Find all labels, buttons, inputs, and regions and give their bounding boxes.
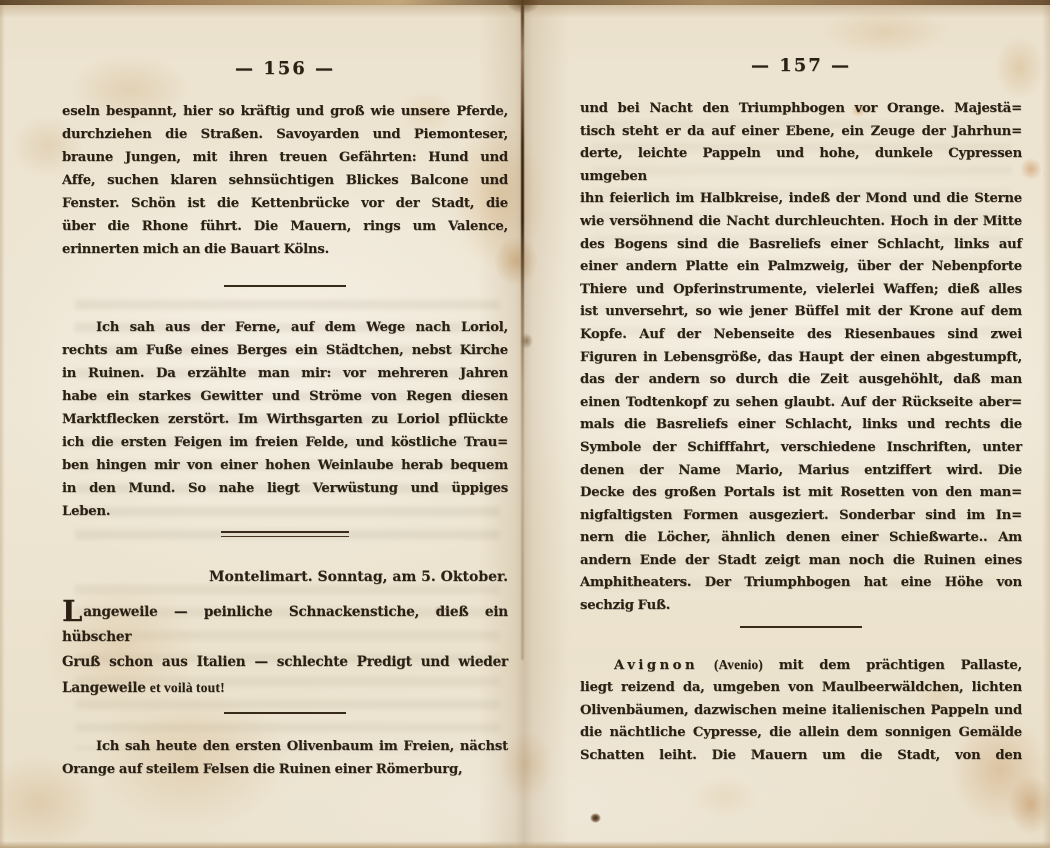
text-line: ben hingen mir von einer hohen Weinlaube…: [62, 454, 508, 477]
text-segment: Amphitheaters. Der Triumphbogen hat eine…: [580, 575, 1022, 590]
text-line: in den Mund. So nahe liegt Verwüstung un…: [62, 477, 508, 500]
text-line: mals die Basreliefs einer Schlacht, link…: [580, 414, 1022, 437]
text-line: Affe, suchen klaren sehnsüchtigen Blicke…: [62, 169, 508, 192]
page-edge-top-fade: [0, 4, 1050, 18]
text-line: ist unversehrt, so wie jener Büffel mit …: [580, 301, 1022, 324]
text-segment: Schatten leiht. Die Mauern um die Stadt,…: [580, 748, 1022, 763]
dateline: Montelimart. Sonntag, am 5. Oktober.: [62, 566, 508, 589]
text-line: Thiere und Opferinstrumente, vielerlei W…: [580, 279, 1022, 302]
text-line: einen Todtenkopf zu sehen glaubt. Auf de…: [580, 392, 1022, 415]
text-line: Gruß schon aus Italien — schlechte Predi…: [62, 650, 508, 675]
text-line: ihn feierlich im Halbkreise, indeß der M…: [580, 188, 1022, 211]
text-segment: nigfaltigsten Formen ausgeziert. Sonderb…: [580, 508, 1022, 523]
page-edge-bottom: [0, 841, 1050, 848]
text-line: einer andern Platte ein Palmzweig, über …: [580, 256, 1022, 279]
text-segment: angeweile — peinliche Schnackenstiche, d…: [62, 604, 508, 645]
text-segment: braune Jungen, mit ihren treuen Gefährte…: [62, 150, 508, 165]
page-edge-top: [0, 0, 1050, 5]
text-line: Figuren in Lebensgröße, das Haupt der ei…: [580, 347, 1022, 370]
text-line: Fenster. Schön ist die Kettenbrücke vor …: [62, 192, 508, 215]
text-segment: Gruß schon aus Italien — schlechte Predi…: [62, 654, 508, 670]
text-line: des Bogens sind die Basreliefs einer Sch…: [580, 234, 1022, 257]
text-segment: einen Todtenkopf zu sehen glaubt. Auf de…: [580, 395, 1022, 410]
text-segment: Thiere und Opferinstrumente, vielerlei W…: [580, 282, 1022, 297]
text-segment: und bei Nacht den Triumphbogen vor Orang…: [580, 101, 1022, 116]
text-line: Kopfe. Auf der Nebenseite des Riesenbaue…: [580, 324, 1022, 347]
text-line: braune Jungen, mit ihren treuen Gefährte…: [62, 146, 508, 169]
text-line: Ich sah heute den ersten Olivenbaum im F…: [62, 735, 508, 758]
text-line: Langeweile — peinliche Schnackenstiche, …: [62, 600, 508, 650]
text-segment: Figuren in Lebensgröße, das Haupt der ei…: [580, 350, 1022, 365]
text-segment: ich die ersten Feigen im freien Felde, u…: [62, 435, 508, 450]
text-line: derte, leichte Pappeln und hohe, dunkele…: [580, 143, 1022, 188]
paragraph: Ich sah heute den ersten Olivenbaum im F…: [62, 735, 508, 781]
text-line: liegt reizend da, umgeben von Maulbeerwä…: [580, 677, 1022, 700]
text-segment: [698, 658, 714, 673]
stain-dot: [1020, 158, 1042, 180]
text-segment: denen der Name Mario, Marius entziffert …: [580, 463, 1022, 478]
text-segment: eseln bespannt, hier so kräftig und groß…: [62, 104, 508, 119]
text-segment: Marktflecken zerstört. Im Wirthsgarten z…: [62, 412, 508, 427]
text-line: sechzig Fuß.: [580, 595, 1022, 618]
text-line: habe ein starkes Gewitter und Ströme von…: [62, 385, 508, 408]
text-line: ich die ersten Feigen im freien Felde, u…: [62, 431, 508, 454]
text-line: Olivenbäumen, dazwischen meine italienis…: [580, 700, 1022, 723]
text-segment: andern Ende der Stadt zeigt man noch die…: [580, 553, 1022, 568]
text-line: Marktflecken zerstört. Im Wirthsgarten z…: [62, 408, 508, 431]
text-segment: erinnerten mich an die Bauart Kölns.: [62, 242, 329, 257]
text-line: nigfaltigsten Formen ausgeziert. Sonderb…: [580, 505, 1022, 528]
paragraph: und bei Nacht den Triumphbogen vor Orang…: [580, 98, 1022, 618]
text-segment: in den Mund. So nahe liegt Verwüstung un…: [62, 481, 508, 496]
text-segment: Decke des großen Portals ist mit Rosette…: [580, 485, 1022, 500]
text-segment: Fenster. Schön ist die Kettenbrücke vor …: [62, 196, 508, 211]
text-segment: des Bogens sind die Basreliefs einer Sch…: [580, 237, 1022, 252]
text-line: Decke des großen Portals ist mit Rosette…: [580, 482, 1022, 505]
text-line: denen der Name Mario, Marius entziffert …: [580, 460, 1022, 483]
book-gutter-line: [521, 0, 524, 660]
text-segment: das der andern so durch die Zeit ausgehö…: [580, 372, 1022, 387]
text-segment: durchziehen die Straßen. Savoyarden und …: [62, 127, 508, 142]
text-line: Amphitheaters. Der Triumphbogen hat eine…: [580, 572, 1022, 595]
text-segment: Ich sah heute den ersten Olivenbaum im F…: [96, 739, 508, 754]
text-segment: Kopfe. Auf der Nebenseite des Riesenbaue…: [580, 327, 1022, 342]
text-line: Avignon (Avenio) mit dem prächtigen Pall…: [580, 654, 1022, 678]
text-segment: mals die Basreliefs einer Schlacht, link…: [580, 417, 1022, 432]
text-line: erinnerten mich an die Bauart Kölns.: [62, 238, 508, 261]
text-line: die nächtliche Cypresse, die allein dem …: [580, 722, 1022, 745]
text-line: Langeweile et voilà tout!: [62, 675, 508, 701]
text-line: rechts am Fuße eines Berges ein Städtche…: [62, 339, 508, 362]
section-divider-single: [740, 626, 862, 628]
page-156: — 156 —eseln bespannt, hier so kräftig u…: [62, 0, 508, 781]
text-line: über die Rhone führt. Die Mauern, rings …: [62, 215, 508, 238]
page-number-157: — 157 —: [580, 52, 1022, 79]
text-line: das der andern so durch die Zeit ausgehö…: [580, 369, 1022, 392]
page-157: — 157 —und bei Nacht den Triumphbogen vo…: [580, 0, 1022, 768]
text-segment: die nächtliche Cypresse, die allein dem …: [580, 725, 1022, 740]
text-segment: Ich sah aus der Ferne, auf dem Wege nach…: [96, 320, 508, 335]
text-line: Leben.: [62, 500, 508, 523]
text-segment: wie versöhnend die Nacht durchleuchten. …: [580, 214, 1022, 229]
emphasis-antiqua: et voilà tout!: [150, 680, 225, 695]
section-divider-double: [221, 531, 349, 537]
emphasis-spaced: Avignon: [614, 658, 698, 673]
text-segment: über die Rhone führt. Die Mauern, rings …: [62, 219, 508, 234]
paragraph: Ich sah aus der Ferne, auf dem Wege nach…: [62, 316, 508, 523]
text-line: in Ruinen. Da erzählte man mir: vor mehr…: [62, 362, 508, 385]
drop-cap: L: [62, 594, 82, 628]
paragraph: eseln bespannt, hier so kräftig und groß…: [62, 100, 508, 261]
stain-blot: [690, 775, 760, 820]
text-segment: nern die Löcher, ähnlich denen einer Sch…: [580, 530, 1022, 545]
text-line: nern die Löcher, ähnlich denen einer Sch…: [580, 527, 1022, 550]
text-segment: Leben.: [62, 504, 110, 519]
text-segment: Orange auf steilem Felsen die Ruinen ein…: [62, 762, 462, 777]
section-divider-single: [224, 712, 346, 714]
page-number-156: — 156 —: [62, 55, 508, 82]
text-line: Orange auf steilem Felsen die Ruinen ein…: [62, 758, 508, 781]
text-line: und bei Nacht den Triumphbogen vor Orang…: [580, 98, 1022, 121]
emphasis-antiqua: (Avenio): [714, 657, 763, 672]
page-edge-right: [1042, 0, 1050, 848]
text-line: wie versöhnend die Nacht durchleuchten. …: [580, 211, 1022, 234]
text-segment: einer andern Platte ein Palmzweig, über …: [580, 259, 1022, 274]
text-line: eseln bespannt, hier so kräftig und groß…: [62, 100, 508, 123]
book-scan: — 156 —eseln bespannt, hier so kräftig u…: [0, 0, 1050, 848]
text-line: tisch steht er da auf einer Ebene, ein Z…: [580, 121, 1022, 144]
text-line: Ich sah aus der Ferne, auf dem Wege nach…: [62, 316, 508, 339]
text-segment: Olivenbäumen, dazwischen meine italienis…: [580, 703, 1022, 718]
text-segment: Langeweile: [62, 680, 150, 696]
text-segment: derte, leichte Pappeln und hohe, dunkele…: [580, 146, 1022, 184]
text-line: Schatten leiht. Die Mauern um die Stadt,…: [580, 745, 1022, 768]
wormhole-mark: [590, 813, 601, 823]
text-segment: Affe, suchen klaren sehnsüchtigen Blicke…: [62, 173, 508, 188]
page-edge-left: [0, 0, 5, 848]
text-segment: mit dem prächtigen Pallaste,: [763, 658, 1022, 673]
paragraph: Langeweile — peinliche Schnackenstiche, …: [62, 600, 508, 701]
text-segment: habe ein starkes Gewitter und Ströme von…: [62, 389, 508, 404]
paragraph: Avignon (Avenio) mit dem prächtigen Pall…: [580, 654, 1022, 768]
text-segment: ben hingen mir von einer hohen Weinlaube…: [62, 458, 508, 473]
text-line: Symbole der Schifffahrt, verschiedene In…: [580, 437, 1022, 460]
text-segment: tisch steht er da auf einer Ebene, ein Z…: [580, 124, 1022, 139]
text-segment: liegt reizend da, umgeben von Maulbeerwä…: [580, 680, 1022, 695]
text-line: durchziehen die Straßen. Savoyarden und …: [62, 123, 508, 146]
text-line: andern Ende der Stadt zeigt man noch die…: [580, 550, 1022, 573]
text-segment: Symbole der Schifffahrt, verschiedene In…: [580, 440, 1022, 455]
text-segment: ihn feierlich im Halbkreise, indeß der M…: [580, 191, 1022, 206]
text-segment: rechts am Fuße eines Berges ein Städtche…: [62, 343, 508, 358]
text-segment: sechzig Fuß.: [580, 598, 670, 613]
section-divider-single: [224, 285, 346, 287]
text-segment: in Ruinen. Da erzählte man mir: vor mehr…: [62, 366, 508, 381]
text-segment: ist unversehrt, so wie jener Büffel mit …: [580, 304, 1022, 319]
